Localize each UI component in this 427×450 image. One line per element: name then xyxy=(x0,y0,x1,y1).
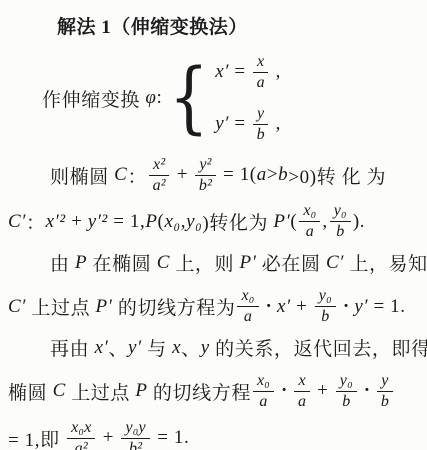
math-segment: C′ xyxy=(326,252,344,274)
fraction-denominator: a² xyxy=(75,439,88,450)
math-segment: x′ xyxy=(277,296,291,318)
fraction-numerator: x xyxy=(253,53,268,73)
math-segment: P xyxy=(75,252,87,274)
solution-heading: 解法 1（伸缩变换法） xyxy=(57,12,421,39)
text-segment: = 1, xyxy=(108,211,145,233)
fraction: y₀b xyxy=(315,287,336,326)
math-segment: x xyxy=(172,337,181,359)
text-line: 椭圆 C 上过点 P 的切线方程x₀a · xa + y₀b · yb xyxy=(8,372,421,411)
text-segment: 、 xyxy=(108,334,128,361)
equation-row: x′ = xa , xyxy=(215,53,281,92)
text-segment: ( xyxy=(290,211,297,233)
text-segment: = 1. xyxy=(368,296,405,318)
fraction-denominator: b xyxy=(257,125,265,144)
math-segment: y′ xyxy=(215,113,229,135)
text-segment: 的切线方程 xyxy=(148,378,251,405)
text-segment: , xyxy=(322,211,327,233)
text-segment: 上，易知圆 xyxy=(344,249,427,276)
math-segment: P′ xyxy=(273,211,290,233)
text-segment: 再由 xyxy=(50,334,95,361)
math-segment: P′ xyxy=(239,252,256,274)
fraction-denominator: b xyxy=(342,392,350,411)
fraction-numerator: y₀ xyxy=(336,372,357,392)
dot-operator: · xyxy=(338,296,354,318)
dot-operator: · xyxy=(261,296,277,318)
math-segment: P xyxy=(135,380,147,402)
fraction: x₀a xyxy=(253,372,274,411)
text-segment: = 1,即 xyxy=(8,425,65,450)
math-segment: y₀ xyxy=(186,211,202,233)
solution-body: 作伸缩变换 φ:{x′ = xa ,y′ = yb ,则椭圆 C：x²a² + … xyxy=(8,53,421,450)
fraction-numerator: x² xyxy=(149,156,169,176)
fraction-denominator: a xyxy=(298,392,306,411)
fraction-denominator: a xyxy=(259,392,267,411)
fraction: yb xyxy=(377,372,392,411)
text-line: = 1,即 x₀xa² + y₀yb² = 1. xyxy=(8,419,421,450)
fraction-numerator: y₀ xyxy=(330,202,351,222)
text-segment: ： xyxy=(127,162,147,189)
text-segment: = xyxy=(229,61,251,83)
text-segment: = xyxy=(229,113,251,135)
fraction: xa xyxy=(253,53,268,92)
fraction: x²a² xyxy=(149,156,169,195)
text-segment: , xyxy=(270,113,281,135)
fraction-numerator: x xyxy=(294,372,309,392)
text-segment: >0)转 化 为 xyxy=(288,162,386,189)
equation-column: x′ = xa ,y′ = yb , xyxy=(215,53,281,144)
math-segment: C xyxy=(53,380,66,402)
text-segment: 椭圆 xyxy=(8,378,53,405)
fraction-denominator: a xyxy=(306,222,314,241)
text-segment: : xyxy=(156,87,162,109)
text-segment: 上过点 xyxy=(26,293,96,320)
text-segment: + xyxy=(171,164,193,186)
math-segment: x′² xyxy=(46,211,66,233)
text-segment: ： xyxy=(26,208,46,235)
fraction: x₀a xyxy=(299,202,320,241)
text-segment: ). xyxy=(353,211,365,233)
text-segment: 必在圆 xyxy=(256,249,326,276)
math-segment: y′ xyxy=(128,337,142,359)
text-line: 由 P 在椭圆 C 上，则 P′ 必在圆 C′ 上，易知圆 xyxy=(8,249,421,276)
fraction: y₀b xyxy=(330,202,351,241)
text-segment: )转化为 xyxy=(202,208,273,235)
text-segment: 上过点 xyxy=(66,378,136,405)
fraction-numerator: x₀ xyxy=(237,287,258,307)
fraction-numerator: x₀ xyxy=(253,372,274,392)
math-segment: C′ xyxy=(8,296,26,318)
math-segment: a xyxy=(257,164,267,186)
text-segment: 作伸缩变换 xyxy=(42,85,145,112)
fraction-denominator: a xyxy=(244,307,252,326)
math-segment: x′ xyxy=(215,61,229,83)
math-segment: φ xyxy=(145,87,156,109)
text-line: 则椭圆 C：x²a² + y²b² = 1(a>b>0)转 化 为 xyxy=(8,156,421,195)
fraction-denominator: b xyxy=(381,392,389,411)
text-segment: + xyxy=(66,211,88,233)
fraction: x₀a xyxy=(237,287,258,326)
math-segment: x′ xyxy=(95,337,109,359)
fraction-denominator: b² xyxy=(199,176,212,195)
text-segment: + xyxy=(291,296,313,318)
fraction-numerator: y xyxy=(377,372,392,392)
math-segment: C xyxy=(157,252,170,274)
math-segment: C′ xyxy=(8,211,26,233)
fraction-numerator: y₀ xyxy=(315,287,336,307)
fraction: yb xyxy=(253,105,268,144)
text-segment: > xyxy=(267,164,278,186)
fraction-denominator: b² xyxy=(129,439,142,450)
equation-system-line: 作伸缩变换 φ:{x′ = xa ,y′ = yb , xyxy=(8,53,421,144)
text-segment: + xyxy=(312,380,334,402)
text-segment: , xyxy=(270,61,281,83)
fraction-denominator: a² xyxy=(153,176,166,195)
math-segment: b xyxy=(278,164,288,186)
text-segment: + xyxy=(97,427,119,449)
math-segment: C xyxy=(114,164,127,186)
math-segment: x₀ xyxy=(164,211,180,233)
dot-operator: · xyxy=(359,380,375,402)
fraction-denominator: b xyxy=(321,307,329,326)
text-segment: 与 xyxy=(142,334,172,361)
fraction: y₀yb² xyxy=(121,419,149,450)
math-segment: y′² xyxy=(88,211,108,233)
fraction: y₀b xyxy=(336,372,357,411)
fraction-numerator: y² xyxy=(195,156,215,176)
dot-operator: · xyxy=(276,380,292,402)
fraction: x₀xa² xyxy=(67,419,95,450)
fraction: y²b² xyxy=(195,156,215,195)
text-line: C′ 上过点 P′ 的切线方程为x₀a · x′ + y₀b · y′ = 1. xyxy=(8,287,421,326)
fraction-numerator: x₀x xyxy=(67,419,95,439)
text-segment: = 1. xyxy=(152,427,189,449)
math-segment: y′ xyxy=(354,296,368,318)
text-segment: 在椭圆 xyxy=(87,249,157,276)
text-segment: 由 xyxy=(50,249,75,276)
fraction: xa xyxy=(294,372,309,411)
fraction-denominator: b xyxy=(336,222,344,241)
fraction-numerator: x₀ xyxy=(299,202,320,222)
fraction-denominator: a xyxy=(257,73,265,92)
left-brace: { xyxy=(169,61,209,135)
text-segment: 的关系，返代回去，即得 xyxy=(210,334,427,361)
text-line: C′：x′² + y′² = 1,P(x₀,y₀)转化为 P′(x₀a,y₀b)… xyxy=(8,202,421,241)
text-segment: 的切线方程为 xyxy=(113,293,236,320)
text-segment: = 1( xyxy=(218,164,257,186)
math-segment: y xyxy=(201,337,210,359)
text-segment: 上，则 xyxy=(170,249,240,276)
text-segment: 、 xyxy=(181,334,201,361)
fraction-numerator: y₀y xyxy=(121,419,149,439)
math-segment: P′ xyxy=(96,296,113,318)
math-solution-document: 解法 1（伸缩变换法） 作伸缩变换 φ:{x′ = xa ,y′ = yb ,则… xyxy=(0,0,427,450)
text-segment: 则椭圆 xyxy=(50,162,114,189)
fraction-numerator: y xyxy=(253,105,268,125)
equation-row: y′ = yb , xyxy=(215,105,281,144)
text-line: 再由 x′、y′ 与 x、y 的关系，返代回去，即得 xyxy=(8,334,421,361)
math-segment: P xyxy=(145,211,157,233)
